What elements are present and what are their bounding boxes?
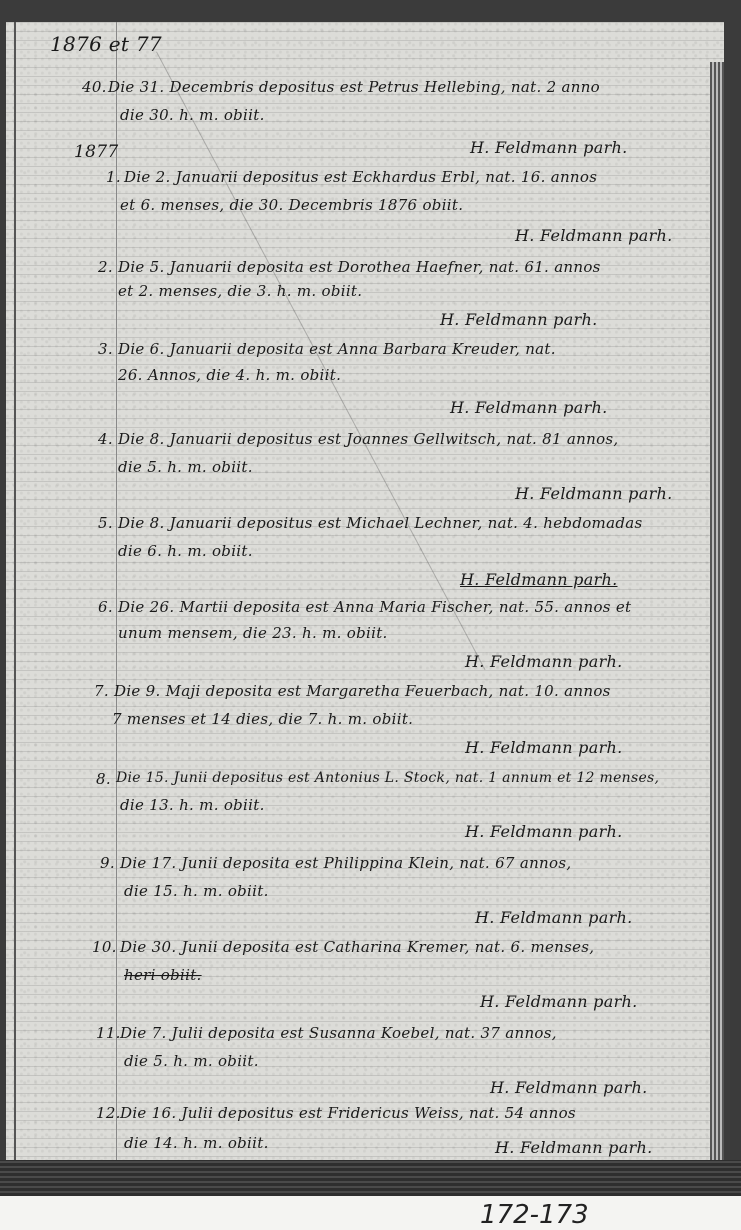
entry-signature: H. Feldmann parh. <box>450 398 608 417</box>
entry-line2: die 5. h. m. obiit. <box>118 458 253 476</box>
scan-bottom-band <box>0 1160 741 1196</box>
entry-signature: H. Feldmann parh. <box>490 1078 648 1097</box>
entry-line2: die 14. h. m. obiit. <box>124 1134 269 1152</box>
entry-signature: H. Feldmann parh. <box>465 822 623 841</box>
entry-number: 5. <box>98 514 113 532</box>
entry-number: 40. <box>82 78 107 96</box>
entry-line1: Die 15. Junii depositus est Antonius L. … <box>116 770 659 786</box>
entry-number: 4. <box>98 430 113 448</box>
entry-number: 1. <box>106 168 121 186</box>
header-years: 1876 et 77 <box>50 32 162 56</box>
entry-number: 8. <box>96 770 111 788</box>
entry-line2: die 30. h. m. obiit. <box>120 106 265 124</box>
entry-line1: Die 31. Decembris depositus est Petrus H… <box>108 78 600 96</box>
entry-line1: Die 7. Julii deposita est Susanna Koebel… <box>120 1024 557 1042</box>
entry-number: 7. <box>94 682 109 700</box>
entry-line1: Die 5. Januarii deposita est Dorothea Ha… <box>118 258 601 276</box>
entry-line1: Die 16. Julii depositus est Fridericus W… <box>120 1104 576 1122</box>
entry-signature: H. Feldmann parh. <box>440 310 598 329</box>
margin-rule <box>14 22 16 1184</box>
entry-signature: H. Feldmann parh. <box>515 226 673 245</box>
diagonal-mark <box>156 52 486 671</box>
entry-line1: Die 8. Januarii depositus est Joannes Ge… <box>118 430 618 448</box>
entry-signature: H. Feldmann parh. <box>460 570 618 589</box>
entry-signature: H. Feldmann parh. <box>465 738 623 757</box>
entry-number: 10. <box>92 938 117 956</box>
entry-line1: Die 26. Martii deposita est Anna Maria F… <box>118 598 631 616</box>
entry-signature: H. Feldmann parh. <box>495 1138 653 1157</box>
entry-line2: die 15. h. m. obiit. <box>124 882 269 900</box>
entry-number: 11. <box>96 1024 121 1042</box>
entry-signature: H. Feldmann parh. <box>475 908 633 927</box>
entry-number: 9. <box>100 854 115 872</box>
entry-signature: H. Feldmann parh. <box>480 992 638 1011</box>
entry-number: 2. <box>98 258 113 276</box>
entry-line2: et 2. menses, die 3. h. m. obiit. <box>118 282 362 300</box>
entry-line2: et 6. menses, die 30. Decembris 1876 obi… <box>120 196 463 214</box>
year-marker: 1877 <box>74 142 118 162</box>
entry-line2: 26. Annos, die 4. h. m. obiit. <box>118 366 341 384</box>
number-column-rule <box>116 22 117 1184</box>
entry-number: 12. <box>96 1104 121 1122</box>
entry-line1: Die 8. Januarii depositus est Michael Le… <box>118 514 642 532</box>
entry-signature: H. Feldmann parh. <box>465 652 623 671</box>
entry-line2: heri obiit. <box>124 966 202 984</box>
entry-line1: Die 30. Junii deposita est Catharina Kre… <box>120 938 594 956</box>
entry-line2: die 6. h. m. obiit. <box>118 542 253 560</box>
entry-line1: Die 6. Januarii deposita est Anna Barbar… <box>118 340 556 358</box>
entry-line2: die 13. h. m. obiit. <box>120 796 265 814</box>
entry-line2: unum mensem, die 23. h. m. obiit. <box>118 624 388 642</box>
entry-number: 3. <box>98 340 113 358</box>
entry-signature: H. Feldmann parh. <box>515 484 673 503</box>
entry-line2: die 5. h. m. obiit. <box>124 1052 259 1070</box>
entry-line2: 7 menses et 14 dies, die 7. h. m. obiit. <box>112 710 413 728</box>
entry-signature: H. Feldmann parh. <box>470 138 628 157</box>
entry-number: 6. <box>98 598 113 616</box>
entry-line1: Die 9. Maji deposita est Margaretha Feue… <box>114 682 611 700</box>
page-number-annotation: 172-173 <box>480 1200 589 1230</box>
entry-line1: Die 17. Junii deposita est Philippina Kl… <box>120 854 571 872</box>
entry-line1: Die 2. Januarii depositus est Eckhardus … <box>124 168 597 186</box>
page-edge <box>710 62 724 1184</box>
